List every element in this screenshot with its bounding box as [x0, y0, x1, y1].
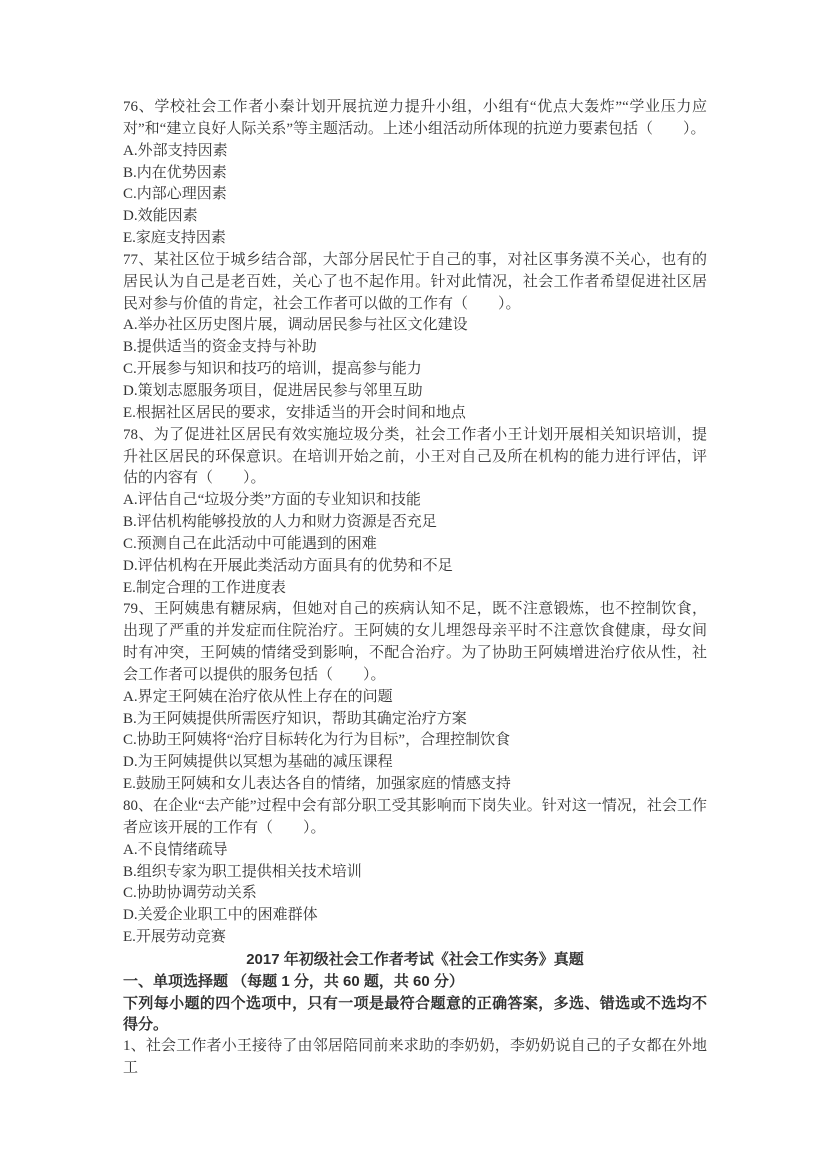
- answer-option: A.外部支持因素: [123, 141, 707, 163]
- answer-option: D.效能因素: [123, 206, 707, 228]
- question-text: 学校社会工作者小秦计划开展抗逆力提升小组，小组有“优点大轰炸”“学业压力应对”和…: [123, 99, 707, 137]
- answer-option: C.协助协调劳动关系: [123, 883, 707, 905]
- question-stem: 80、在企业“去产能”过程中会有部分职工受其影响而下岗失业。针对这一情况，社会工…: [123, 796, 707, 840]
- question-number: 76、: [123, 99, 154, 115]
- next-question-preview: 1、社会工作者小王接待了由邻居陪同前来求助的李奶奶，李奶奶说自己的子女都在外地工: [123, 1036, 707, 1080]
- answer-option: E.家庭支持因素: [123, 228, 707, 250]
- question-text: 在企业“去产能”过程中会有部分职工受其影响而下岗失业。针对这一情况，社会工作者应…: [123, 798, 707, 836]
- question-stem: 77、某社区位于城乡结合部，大部分居民忙于自己的事，对社区事务漠不关心，也有的居…: [123, 250, 707, 316]
- section-heading: 一、单项选择题 （每题 1 分，共 60 题，共 60 分）: [123, 971, 707, 993]
- answer-option: A.评估自己“垃圾分类”方面的专业知识和技能: [123, 490, 707, 512]
- document-page: 76、学校社会工作者小秦计划开展抗逆力提升小组，小组有“优点大轰炸”“学业压力应…: [0, 0, 830, 1175]
- question-number: 79、: [123, 601, 154, 617]
- answer-option: D.为王阿姨提供以冥想为基础的减压课程: [123, 752, 707, 774]
- question-text: 某社区位于城乡结合部，大部分居民忙于自己的事，对社区事务漠不关心，也有的居民认为…: [123, 252, 707, 312]
- answer-option: E.鼓励王阿姨和女儿表达各自的情绪，加强家庭的情感支持: [123, 774, 707, 796]
- answer-option: E.根据社区居民的要求，安排适当的开会时间和地点: [123, 403, 707, 425]
- answer-option: B.提供适当的资金支持与补助: [123, 337, 707, 359]
- answer-option: A.举办社区历史图片展，调动居民参与社区文化建设: [123, 315, 707, 337]
- question-number: 77、: [123, 252, 154, 268]
- question-stem: 78、为了促进社区居民有效实施垃圾分类，社会工作者小王计划开展相关知识培训，提升…: [123, 425, 707, 491]
- question-80: 80、在企业“去产能”过程中会有部分职工受其影响而下岗失业。针对这一情况，社会工…: [123, 796, 707, 949]
- answer-option: A.界定王阿姨在治疗依从性上存在的问题: [123, 687, 707, 709]
- question-options: A.评估自己“垃圾分类”方面的专业知识和技能B.评估机构能够投放的人力和财力资源…: [123, 490, 707, 599]
- section-instructions: 下列每小题的四个选项中，只有一项是最符合题意的正确答案，多选、错选或不选均不得分…: [123, 993, 707, 1037]
- question-stem: 76、学校社会工作者小秦计划开展抗逆力提升小组，小组有“优点大轰炸”“学业压力应…: [123, 97, 707, 141]
- answer-option: C.协助王阿姨将“治疗目标转化为行为目标”，合理控制饮食: [123, 730, 707, 752]
- answer-option: C.内部心理因素: [123, 184, 707, 206]
- answer-option: D.关爱企业职工中的困难群体: [123, 905, 707, 927]
- answer-option: E.制定合理的工作进度表: [123, 578, 707, 600]
- answer-option: E.开展劳动竞赛: [123, 927, 707, 949]
- answer-option: B.内在优势因素: [123, 163, 707, 185]
- answer-option: C.开展参与知识和技巧的培训，提高参与能力: [123, 359, 707, 381]
- question-79: 79、王阿姨患有糖尿病，但她对自己的疾病认知不足，既不注意锻炼，也不控制饮食，出…: [123, 599, 707, 796]
- answer-option: C.预测自己在此活动中可能遇到的困难: [123, 534, 707, 556]
- questions-list: 76、学校社会工作者小秦计划开展抗逆力提升小组，小组有“优点大轰炸”“学业压力应…: [123, 97, 707, 949]
- exam-title: 2017 年初级社会工作者考试《社会工作实务》真题: [123, 949, 707, 971]
- question-76: 76、学校社会工作者小秦计划开展抗逆力提升小组，小组有“优点大轰炸”“学业压力应…: [123, 97, 707, 250]
- question-number: 78、: [123, 427, 154, 443]
- answer-option: B.评估机构能够投放的人力和财力资源是否充足: [123, 512, 707, 534]
- question-options: A.外部支持因素B.内在优势因素C.内部心理因素D.效能因素E.家庭支持因素: [123, 141, 707, 250]
- next-exam-section: 2017 年初级社会工作者考试《社会工作实务》真题 一、单项选择题 （每题 1 …: [123, 949, 707, 1080]
- question-options: A.界定王阿姨在治疗依从性上存在的问题B.为王阿姨提供所需医疗知识，帮助其确定治…: [123, 687, 707, 796]
- answer-option: A.不良情绪疏导: [123, 840, 707, 862]
- answer-option: D.评估机构在开展此类活动方面具有的优势和不足: [123, 556, 707, 578]
- question-78: 78、为了促进社区居民有效实施垃圾分类，社会工作者小王计划开展相关知识培训，提升…: [123, 425, 707, 600]
- question-text: 为了促进社区居民有效实施垃圾分类，社会工作者小王计划开展相关知识培训，提升社区居…: [123, 427, 707, 487]
- question-text: 王阿姨患有糖尿病，但她对自己的疾病认知不足，既不注意锻炼，也不控制饮食，出现了严…: [123, 601, 707, 683]
- question-options: A.不良情绪疏导B.组织专家为职工提供相关技术培训C.协助协调劳动关系D.关爱企…: [123, 840, 707, 949]
- document-content: 76、学校社会工作者小秦计划开展抗逆力提升小组，小组有“优点大轰炸”“学业压力应…: [123, 97, 707, 1080]
- question-stem: 79、王阿姨患有糖尿病，但她对自己的疾病认知不足，既不注意锻炼，也不控制饮食，出…: [123, 599, 707, 686]
- question-number: 80、: [123, 798, 153, 814]
- answer-option: D.策划志愿服务项目，促进居民参与邻里互助: [123, 381, 707, 403]
- question-77: 77、某社区位于城乡结合部，大部分居民忙于自己的事，对社区事务漠不关心，也有的居…: [123, 250, 707, 425]
- answer-option: B.组织专家为职工提供相关技术培训: [123, 862, 707, 884]
- answer-option: B.为王阿姨提供所需医疗知识，帮助其确定治疗方案: [123, 709, 707, 731]
- question-options: A.举办社区历史图片展，调动居民参与社区文化建设B.提供适当的资金支持与补助C.…: [123, 315, 707, 424]
